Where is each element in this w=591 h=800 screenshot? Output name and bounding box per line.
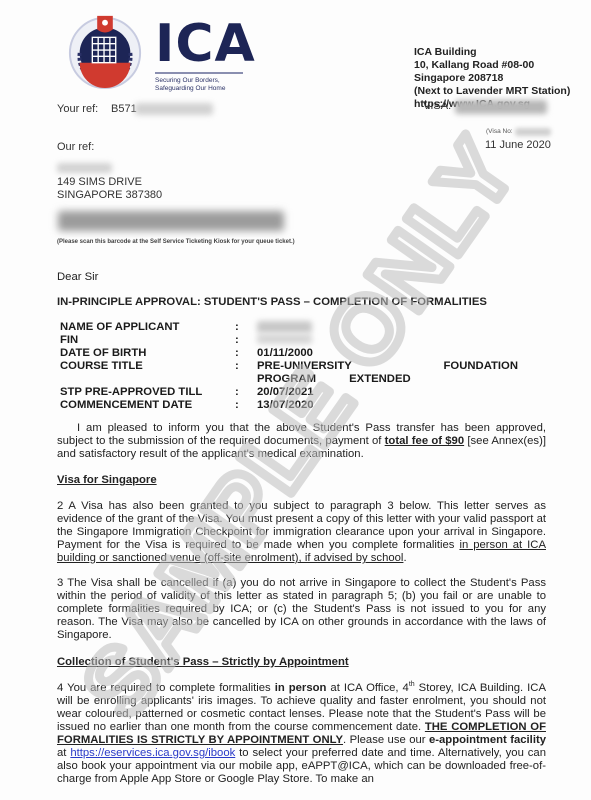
detail-value-redacted xyxy=(257,321,518,334)
visa-label: VISA: xyxy=(423,100,451,112)
detail-label: STP PRE-APPROVED TILL xyxy=(60,386,235,399)
section-title-visa: Visa for Singapore xyxy=(57,474,157,487)
detail-label: NAME OF APPLICANT xyxy=(60,321,235,334)
detail-value: 20/07/2021 xyxy=(257,386,518,399)
visa-no-redacted xyxy=(515,128,551,136)
para4-text: . Please use our xyxy=(343,734,429,746)
your-ref-redacted xyxy=(135,103,213,115)
letter-subject: IN-PRINCIPLE APPROVAL: STUDENT'S PASS – … xyxy=(57,296,487,309)
para4-text: at xyxy=(57,747,70,759)
total-fee: total fee of $90 xyxy=(385,435,464,447)
section-title-collection: Collection of Student's Pass – Strictly … xyxy=(57,656,349,669)
detail-colon: : xyxy=(235,334,257,347)
e-appointment-emphasis: e-appointment facility xyxy=(429,734,546,746)
detail-value-redacted xyxy=(257,334,518,347)
your-ref-label: Your ref: xyxy=(57,103,98,115)
paragraph-1: I am pleased to inform you that the abov… xyxy=(57,422,546,461)
tagline-line-1: Securing Our Borders, xyxy=(155,77,225,85)
logo-divider xyxy=(155,72,243,74)
detail-row: COMMENCEMENT DATE : 13/07/2020 xyxy=(60,399,518,412)
barcode-note: (Please scan this barcode at the Self Se… xyxy=(57,239,295,245)
address-line: 10, Kallang Road #08-00 xyxy=(414,59,570,72)
detail-colon: : xyxy=(235,399,257,412)
detail-colon: : xyxy=(235,360,257,386)
recipient-address-line1: 149 SIMS DRIVE xyxy=(57,176,142,188)
paragraph-4: 4 You are required to complete formaliti… xyxy=(57,682,546,786)
our-ref-label: Our ref: xyxy=(57,141,94,153)
detail-colon: : xyxy=(235,386,257,399)
ica-logo-text: ICA xyxy=(155,18,256,70)
letter-date: 11 June 2020 xyxy=(485,139,551,151)
detail-label: COMMENCEMENT DATE xyxy=(60,399,235,412)
your-ref-value: B571 xyxy=(111,103,137,115)
address-line: (Next to Lavender MRT Station) xyxy=(414,85,570,98)
paragraph-3: 3 The Visa shall be cancelled if (a) you… xyxy=(57,577,546,642)
visa-number-redacted xyxy=(455,100,547,114)
detail-row: NAME OF APPLICANT : xyxy=(60,321,518,334)
eservices-link[interactable]: https://eservices.ica.gov.sg/ibook xyxy=(70,747,235,759)
visa-no-label: (Visa No: xyxy=(486,128,513,135)
detail-label: FIN xyxy=(60,334,235,347)
detail-colon: : xyxy=(235,321,257,334)
detail-row: STP PRE-APPROVED TILL : 20/07/2021 xyxy=(60,386,518,399)
tagline-line-2: Safeguarding Our Home xyxy=(155,85,225,93)
detail-row: DATE OF BIRTH : 01/11/2000 xyxy=(60,347,518,360)
applicant-details-table: NAME OF APPLICANT : FIN : DATE OF BIRTH … xyxy=(60,321,518,412)
address-line: Singapore 208718 xyxy=(414,72,570,85)
para4-text: 4 You are required to complete formaliti… xyxy=(57,682,275,694)
para2-end: . xyxy=(403,552,406,564)
detail-value: 01/11/2000 xyxy=(257,347,518,360)
detail-colon: : xyxy=(235,347,257,360)
barcode-redacted xyxy=(58,211,284,231)
detail-label: COURSE TITLE xyxy=(60,360,235,386)
ica-emblem-icon xyxy=(66,12,144,90)
detail-label: DATE OF BIRTH xyxy=(60,347,235,360)
recipient-name-redacted xyxy=(57,163,112,173)
in-person-emphasis: in person xyxy=(275,682,327,694)
detail-value: 13/07/2020 xyxy=(257,399,518,412)
detail-row: COURSE TITLE : PRE-UNIVERSITY FOUNDATION… xyxy=(60,360,518,386)
paragraph-2: 2 A Visa has also been granted to you su… xyxy=(57,500,546,565)
detail-value: PRE-UNIVERSITY FOUNDATION PROGRAM EXTEND… xyxy=(257,360,518,386)
para4-text: at ICA Office, 4 xyxy=(326,682,408,694)
address-line: ICA Building xyxy=(414,46,570,59)
detail-row: FIN : xyxy=(60,334,518,347)
logo-tagline: Securing Our Borders, Safeguarding Our H… xyxy=(155,77,225,93)
salutation: Dear Sir xyxy=(57,271,98,284)
recipient-address-line2: SINGAPORE 387380 xyxy=(57,189,162,201)
